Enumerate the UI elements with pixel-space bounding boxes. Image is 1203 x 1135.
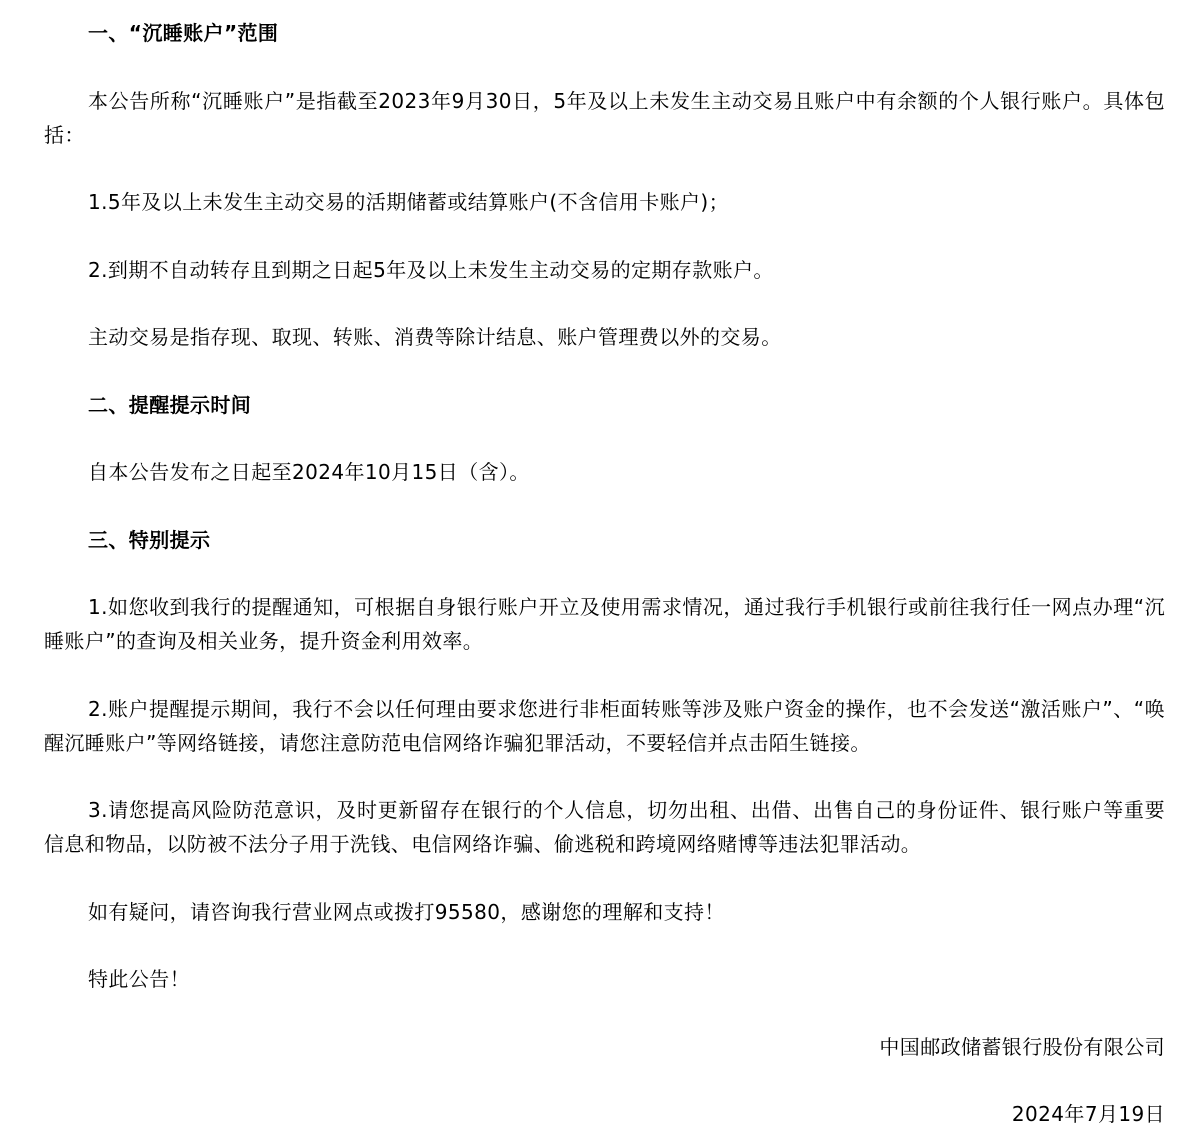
paragraph-active-transaction: 主动交易是指存现、取现、转账、消费等除计结息、账户管理费以外的交易。 — [44, 320, 1165, 354]
signature-organization: 中国邮政储蓄银行股份有限公司 — [44, 1030, 1165, 1064]
paragraph-reminder-period: 自本公告发布之日起至2024年10月15日（含）。 — [44, 455, 1165, 489]
paragraph-definition: 本公告所称“沉睡账户”是指截至2023年9月30日，5年及以上未发生主动交易且账… — [44, 84, 1165, 152]
paragraph-notice-1: 1.如您收到我行的提醒通知，可根据自身银行账户开立及使用需求情况，通过我行手机银… — [44, 590, 1165, 658]
section-heading-scope: 一、“沉睡账户”范围 — [44, 16, 1165, 50]
paragraph-notice-3: 3.请您提高风险防范意识，及时更新留存在银行的个人信息，切勿出租、出借、出售自己… — [44, 793, 1165, 861]
section-heading-special-notice: 三、特别提示 — [44, 523, 1165, 557]
paragraph-contact: 如有疑问，请咨询我行营业网点或拨打95580，感谢您的理解和支持！ — [44, 895, 1165, 929]
paragraph-notice-2: 2.账户提醒提示期间，我行不会以任何理由要求您进行非柜面转账等涉及账户资金的操作… — [44, 692, 1165, 760]
section-heading-reminder-period: 二、提醒提示时间 — [44, 388, 1165, 422]
announcement-document: 一、“沉睡账户”范围 本公告所称“沉睡账户”是指截至2023年9月30日，5年及… — [0, 0, 1203, 1131]
paragraph-item-1: 1.5年及以上未发生主动交易的活期储蓄或结算账户(不含信用卡账户)； — [44, 185, 1165, 219]
signature-date: 2024年7月19日 — [44, 1097, 1165, 1131]
paragraph-item-2: 2.到期不自动转存且到期之日起5年及以上未发生主动交易的定期存款账户。 — [44, 253, 1165, 287]
paragraph-announcement-end: 特此公告！ — [44, 962, 1165, 996]
